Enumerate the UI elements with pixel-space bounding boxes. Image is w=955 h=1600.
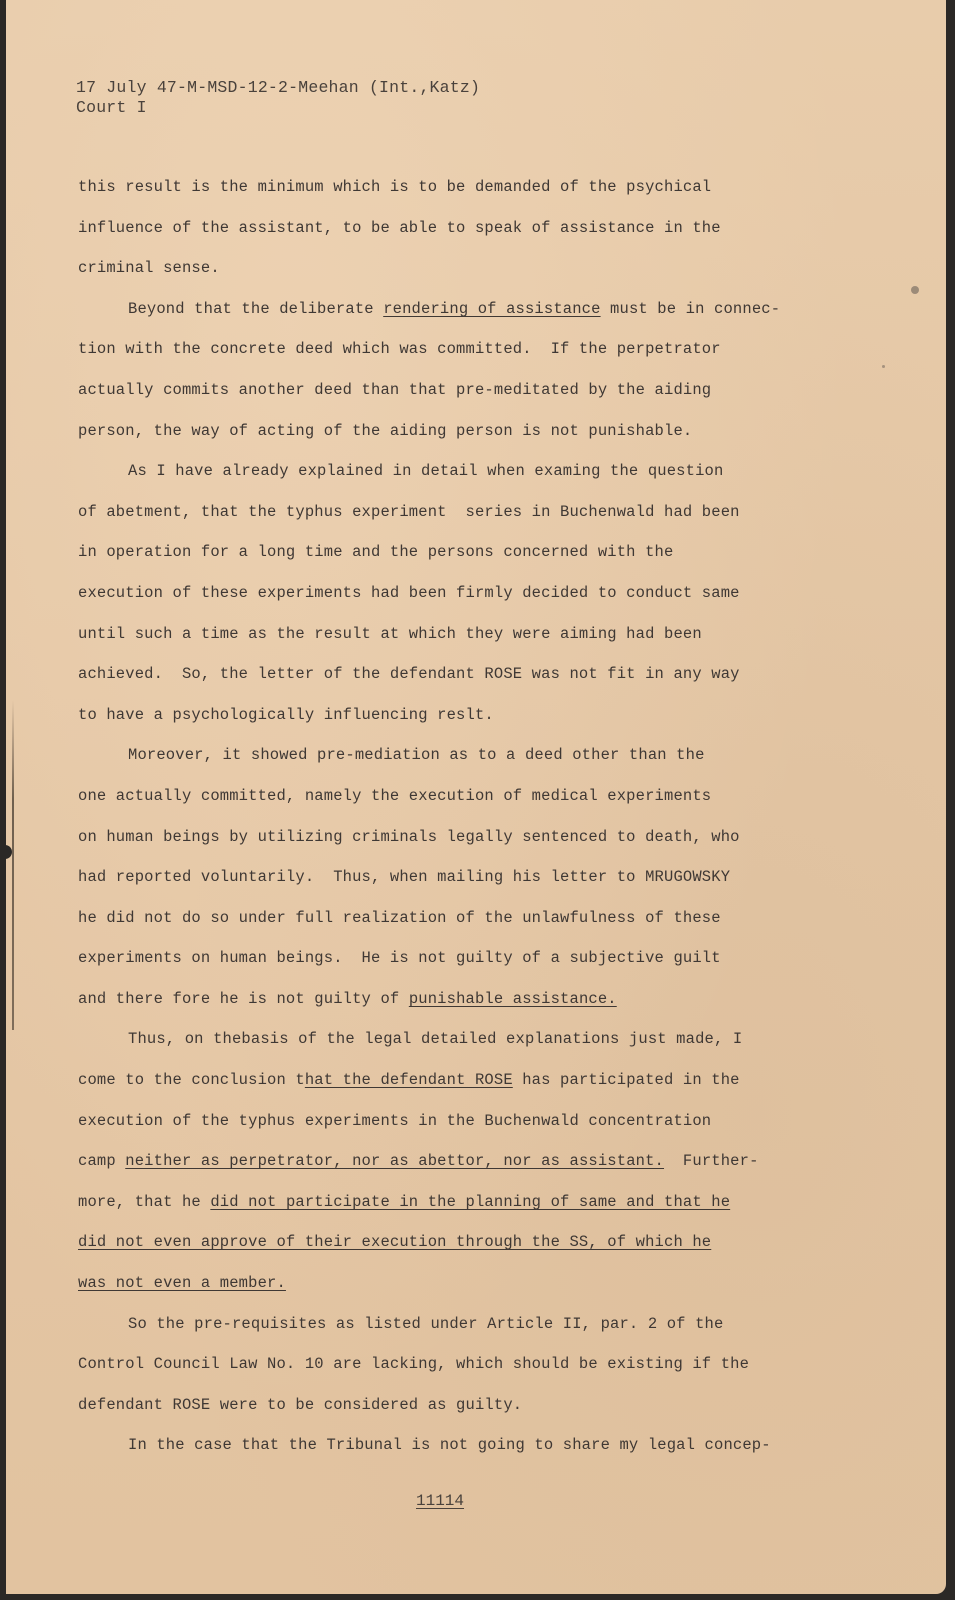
document-body: this result is the minimum which is to b…	[78, 176, 838, 1475]
text-line: of abetment, that the typhus experiment …	[78, 501, 838, 542]
text-line: Moreover, it showed pre-mediation as to …	[78, 744, 838, 785]
text-segment: more, that he	[78, 1193, 210, 1211]
text-line: influence of the assistant, to be able t…	[78, 217, 838, 258]
page-edge-tear	[12, 700, 14, 1030]
text-segment: Further-	[664, 1152, 759, 1170]
paper-speck	[882, 365, 885, 368]
text-line: did not even approve of their execution …	[78, 1231, 838, 1272]
text-line: experiments on human beings. He is not g…	[78, 947, 838, 988]
text-line: on human beings by utilizing criminals l…	[78, 826, 838, 867]
text-segment: of abetment, that the typhus experiment …	[78, 503, 740, 521]
text-segment: had reported voluntarily. Thus, when mai…	[78, 868, 730, 886]
text-segment: criminal sense.	[78, 259, 220, 277]
text-segment: Thus, on thebasis of the legal detailed …	[128, 1030, 742, 1048]
text-segment: In the case that the Tribunal is not goi…	[128, 1436, 771, 1454]
text-line: achieved. So, the letter of the defendan…	[78, 663, 838, 704]
text-segment: come to the conclusion t	[78, 1071, 305, 1089]
paper-speck	[911, 286, 919, 294]
text-segment: to have a psychologically influencing re…	[78, 706, 494, 724]
text-segment: this result is the minimum which is to b…	[78, 178, 711, 196]
text-segment: until such a time as the result at which…	[78, 625, 702, 643]
text-line: criminal sense.	[78, 257, 838, 298]
text-line: one actually committed, namely the execu…	[78, 785, 838, 826]
text-line: As I have already explained in detail wh…	[78, 460, 838, 501]
text-segment: in operation for a long time and the per…	[78, 543, 673, 561]
text-segment: one actually committed, namely the execu…	[78, 787, 711, 805]
text-segment: execution of the typhus experiments in t…	[78, 1112, 711, 1130]
text-line: tion with the concrete deed which was co…	[78, 338, 838, 379]
text-line: Thus, on thebasis of the legal detailed …	[78, 1028, 838, 1069]
text-segment: and there fore he is not guilty of	[78, 990, 409, 1008]
text-line: in operation for a long time and the per…	[78, 541, 838, 582]
text-segment: execution of these experiments had been …	[78, 584, 740, 602]
text-segment: experiments on human beings. He is not g…	[78, 949, 721, 967]
document-header: 17 July 47-M-MSD-12-2-Meehan (Int.,Katz)…	[76, 78, 480, 118]
underlined-text: did not participate in the planning of s…	[210, 1193, 730, 1211]
text-segment: must be in connec-	[601, 300, 781, 318]
text-line: this result is the minimum which is to b…	[78, 176, 838, 217]
text-segment: achieved. So, the letter of the defendan…	[78, 665, 740, 683]
underlined-text: hat the defendant ROSE	[305, 1071, 513, 1089]
underlined-text: rendering of assistance	[383, 300, 600, 318]
document-page: 17 July 47-M-MSD-12-2-Meehan (Int.,Katz)…	[6, 0, 946, 1594]
underlined-text: neither as perpetrator, nor as abettor, …	[125, 1152, 664, 1170]
text-line: So the pre-requisites as listed under Ar…	[78, 1313, 838, 1354]
underlined-text: was not even a member.	[78, 1274, 286, 1292]
page-number: 11114	[416, 1492, 464, 1510]
text-segment: person, the way of acting of the aiding …	[78, 422, 692, 440]
text-line: Control Council Law No. 10 are lacking, …	[78, 1353, 838, 1394]
underlined-text: punishable assistance.	[409, 990, 617, 1008]
text-segment: Beyond that the deliberate	[128, 300, 383, 318]
text-line: had reported voluntarily. Thus, when mai…	[78, 866, 838, 907]
text-segment: As I have already explained in detail wh…	[128, 462, 723, 480]
text-segment: on human beings by utilizing criminals l…	[78, 828, 740, 846]
text-line: was not even a member.	[78, 1272, 838, 1313]
underlined-text: did not even approve of their execution …	[78, 1233, 711, 1251]
text-segment: actually commits another deed than that …	[78, 381, 711, 399]
text-segment: influence of the assistant, to be able t…	[78, 219, 721, 237]
text-line: In the case that the Tribunal is not goi…	[78, 1434, 838, 1475]
header-reference-line: 17 July 47-M-MSD-12-2-Meehan (Int.,Katz)	[76, 78, 480, 98]
text-segment: he did not do so under full realization …	[78, 909, 721, 927]
text-line: defendant ROSE were to be considered as …	[78, 1394, 838, 1435]
text-segment: So the pre-requisites as listed under Ar…	[128, 1315, 723, 1333]
text-line: more, that he did not participate in the…	[78, 1191, 838, 1232]
text-line: execution of the typhus experiments in t…	[78, 1110, 838, 1151]
text-line: and there fore he is not guilty of punis…	[78, 988, 838, 1029]
text-segment: Control Council Law No. 10 are lacking, …	[78, 1355, 749, 1373]
text-segment: defendant ROSE were to be considered as …	[78, 1396, 522, 1414]
text-line: come to the conclusion that the defendan…	[78, 1069, 838, 1110]
text-segment: has participated in the	[513, 1071, 740, 1089]
text-line: actually commits another deed than that …	[78, 379, 838, 420]
text-line: person, the way of acting of the aiding …	[78, 420, 838, 461]
text-segment: camp	[78, 1152, 125, 1170]
text-line: Beyond that the deliberate rendering of …	[78, 298, 838, 339]
text-line: to have a psychologically influencing re…	[78, 704, 838, 745]
text-segment: tion with the concrete deed which was co…	[78, 340, 721, 358]
text-segment: Moreover, it showed pre-mediation as to …	[128, 746, 705, 764]
text-line: until such a time as the result at which…	[78, 623, 838, 664]
text-line: he did not do so under full realization …	[78, 907, 838, 948]
header-court-line: Court I	[76, 98, 480, 118]
text-line: execution of these experiments had been …	[78, 582, 838, 623]
text-line: camp neither as perpetrator, nor as abet…	[78, 1150, 838, 1191]
